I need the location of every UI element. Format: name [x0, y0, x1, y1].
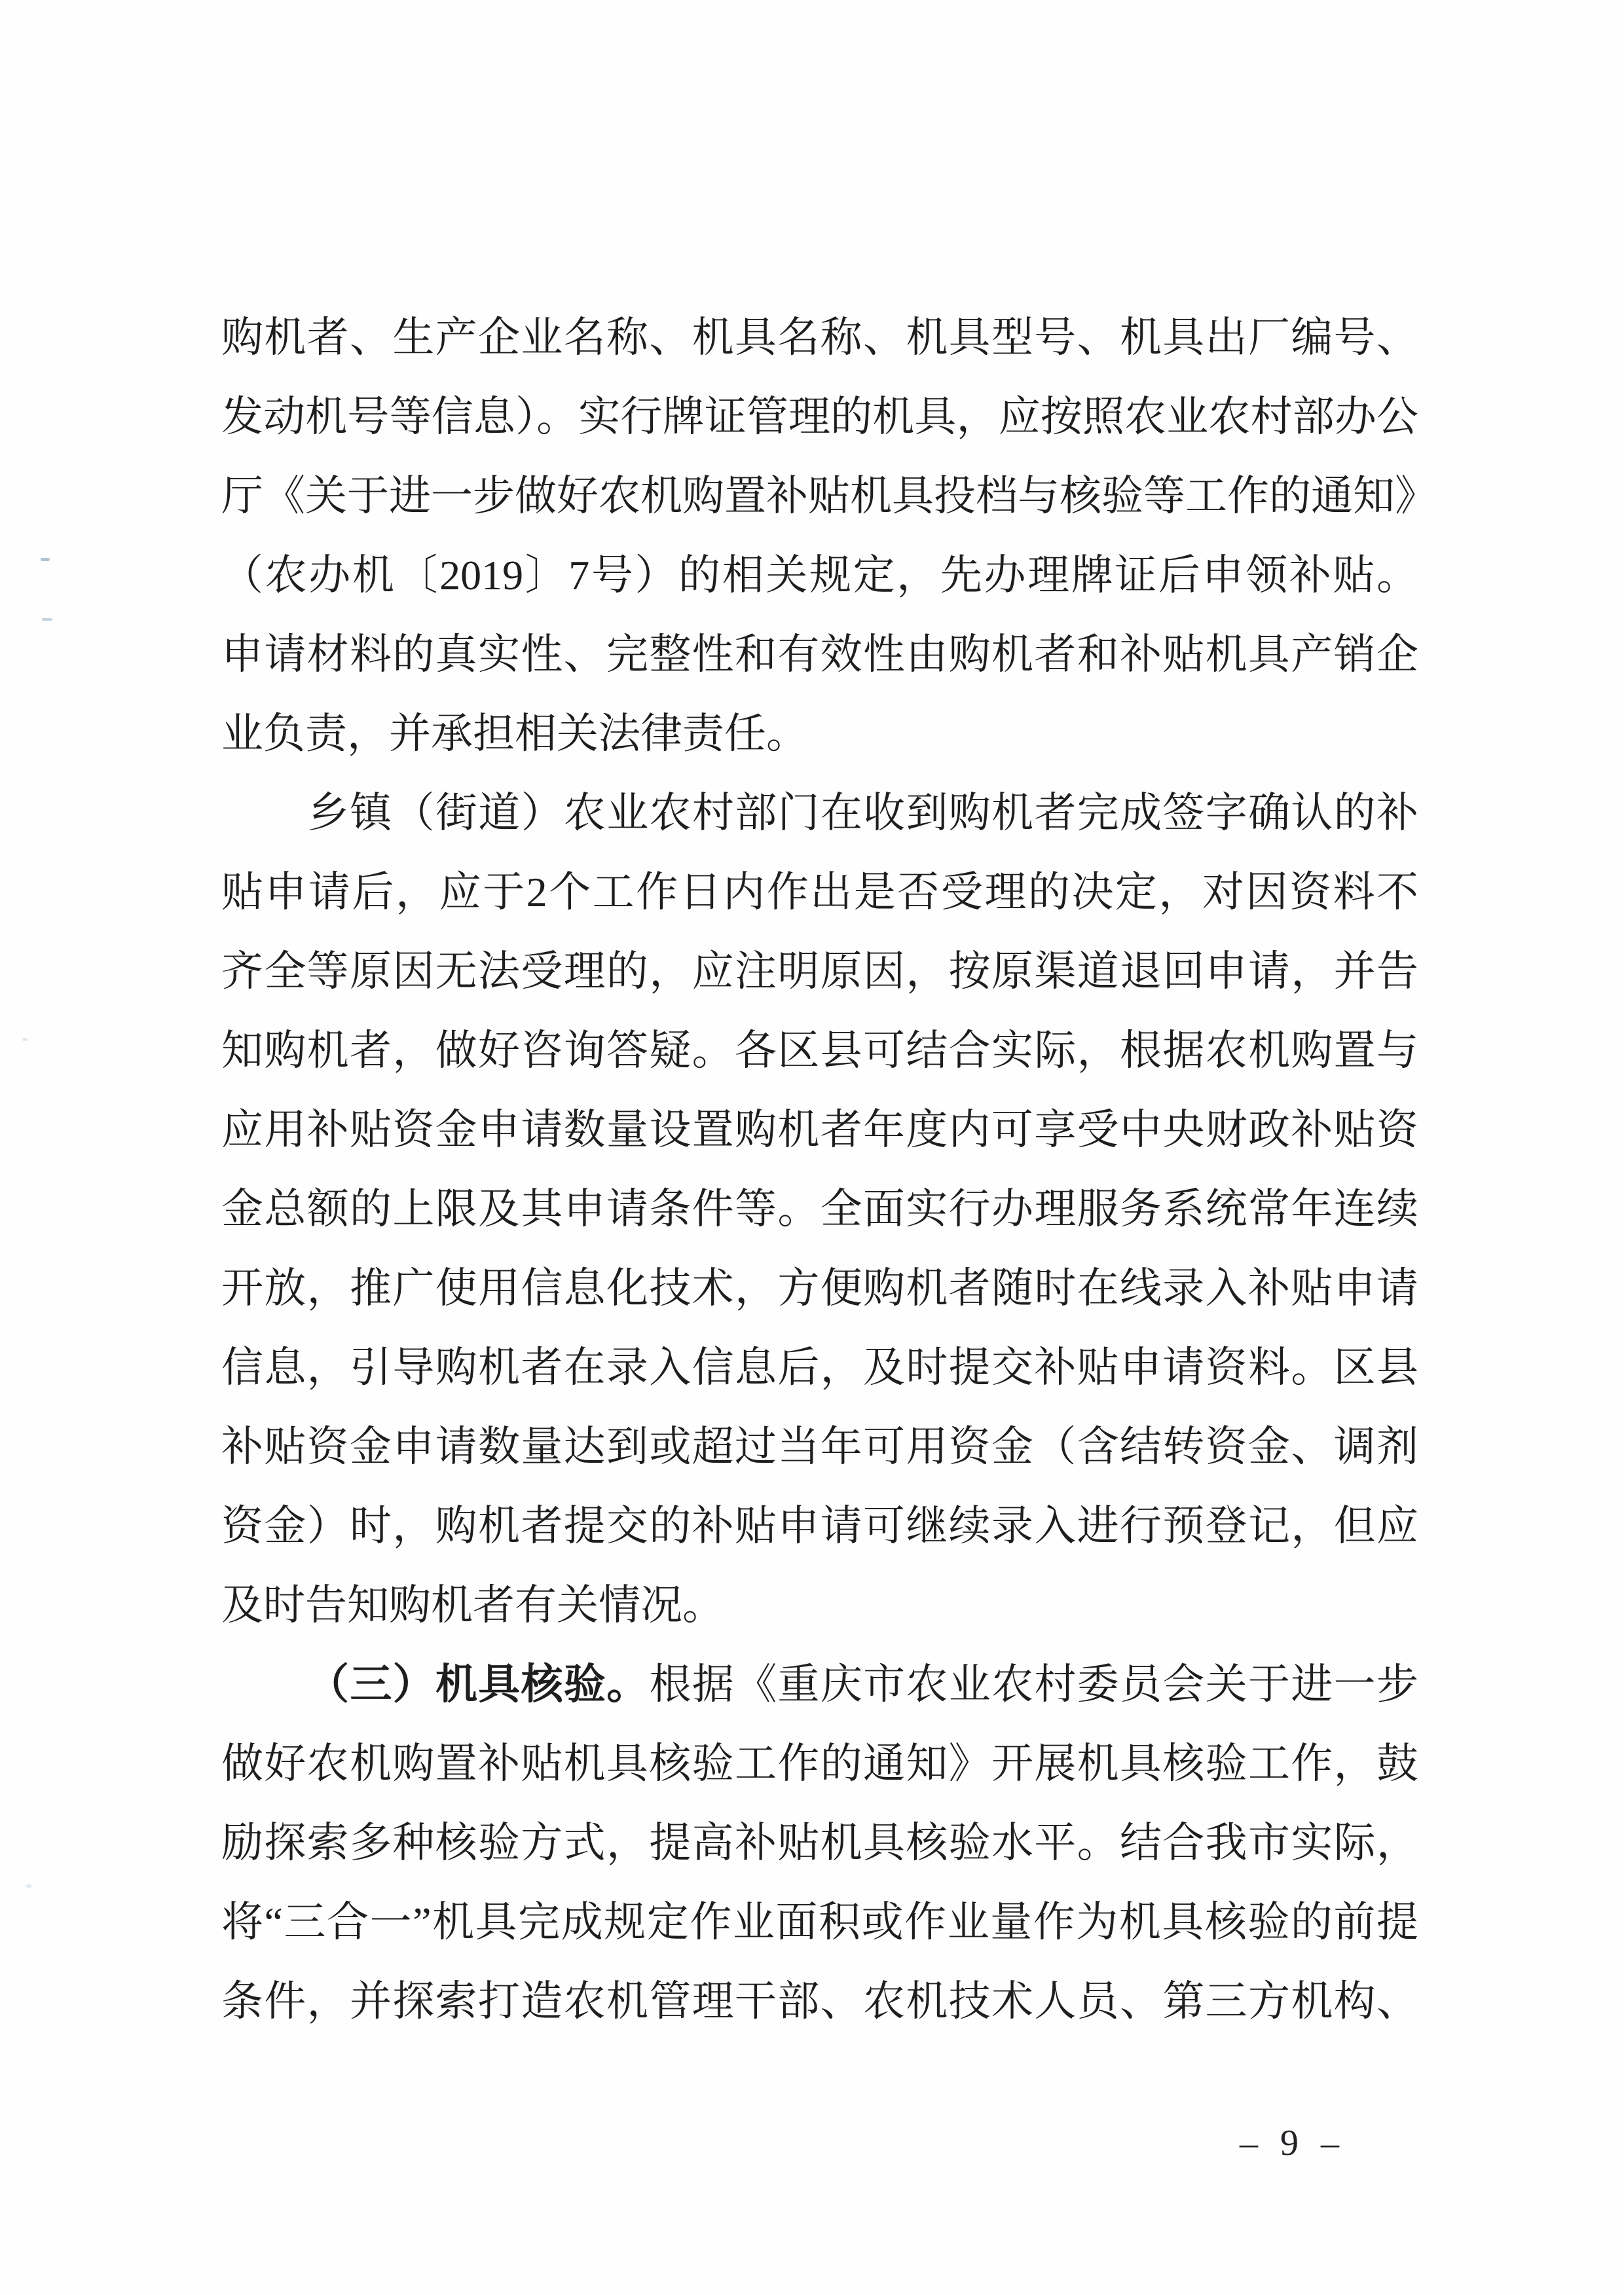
- text-line-rest: 根据《重庆市农业农村委员会关于进一步: [650, 1661, 1418, 1708]
- text-line: 乡镇（街道）农业农村部门在收到购机者完成签字确认的补: [221, 773, 1418, 853]
- scan-speck: [41, 558, 50, 561]
- text-line: （三）机具核验。根据《重庆市农业农村委员会关于进一步: [221, 1645, 1418, 1724]
- text-line: 补贴资金申请数量达到或超过当年可用资金（含结转资金、调剂: [221, 1407, 1418, 1486]
- text-line: 发动机号等信息）。实行牌证管理的机具，应按照农业农村部办公: [221, 377, 1418, 456]
- text-line: 申请材料的真实性、完整性和有效性由购机者和补贴机具产销企: [221, 615, 1418, 694]
- scan-speck: [22, 1038, 28, 1041]
- text-line: 业负责，并承担相关法律责任。: [221, 694, 1418, 773]
- text-line: 贴申请后，应于2个工作日内作出是否受理的决定，对因资料不: [221, 853, 1418, 932]
- text-line: 金总额的上限及其申请条件等。全面实行办理服务系统常年连续: [221, 1169, 1418, 1249]
- text-line: 做好农机购置补贴机具核验工作的通知》开展机具核验工作，鼓: [221, 1724, 1418, 1803]
- scan-speck: [26, 1884, 31, 1888]
- page-number: – 9 –: [1240, 2120, 1371, 2166]
- text-line: 购机者、生产企业名称、机具名称、机具型号、机具出厂编号、: [221, 298, 1418, 377]
- text-line: 知购机者，做好咨询答疑。各区县可结合实际，根据农机购置与: [221, 1011, 1418, 1090]
- text-line: （农办机〔2019〕7号）的相关规定，先办理牌证后申领补贴。: [221, 536, 1418, 615]
- body-text: 购机者、生产企业名称、机具名称、机具型号、机具出厂编号、 发动机号等信息）。实行…: [221, 298, 1418, 2041]
- text-line: 齐全等原因无法受理的，应注明原因，按原渠道退回申请，并告: [221, 932, 1418, 1011]
- text-line: 开放，推广使用信息化技术，方便购机者随时在线录入补贴申请: [221, 1249, 1418, 1328]
- text-line: 及时告知购机者有关情况。: [221, 1566, 1418, 1645]
- text-line: 将“三合一”机具完成规定作业面积或作业量作为机具核验的前提: [221, 1882, 1418, 1962]
- text-line: 信息，引导购机者在录入信息后，及时提交补贴申请资料。区县: [221, 1328, 1418, 1407]
- section-heading: （三）机具核验。: [307, 1661, 650, 1708]
- text-line: 资金）时，购机者提交的补贴申请可继续录入进行预登记，但应: [221, 1486, 1418, 1566]
- text-line: 厅《关于进一步做好农机购置补贴机具投档与核验等工作的通知》: [221, 456, 1418, 536]
- scan-speck: [42, 618, 52, 621]
- text-line: 应用补贴资金申请数量设置购机者年度内可享受中央财政补贴资: [221, 1090, 1418, 1169]
- text-line: 励探索多种核验方式，提高补贴机具核验水平。结合我市实际，: [221, 1803, 1418, 1882]
- text-line: 条件，并探索打造农机管理干部、农机技术人员、第三方机构、: [221, 1962, 1418, 2041]
- document-page: 购机者、生产企业名称、机具名称、机具型号、机具出厂编号、 发动机号等信息）。实行…: [0, 0, 1624, 2295]
